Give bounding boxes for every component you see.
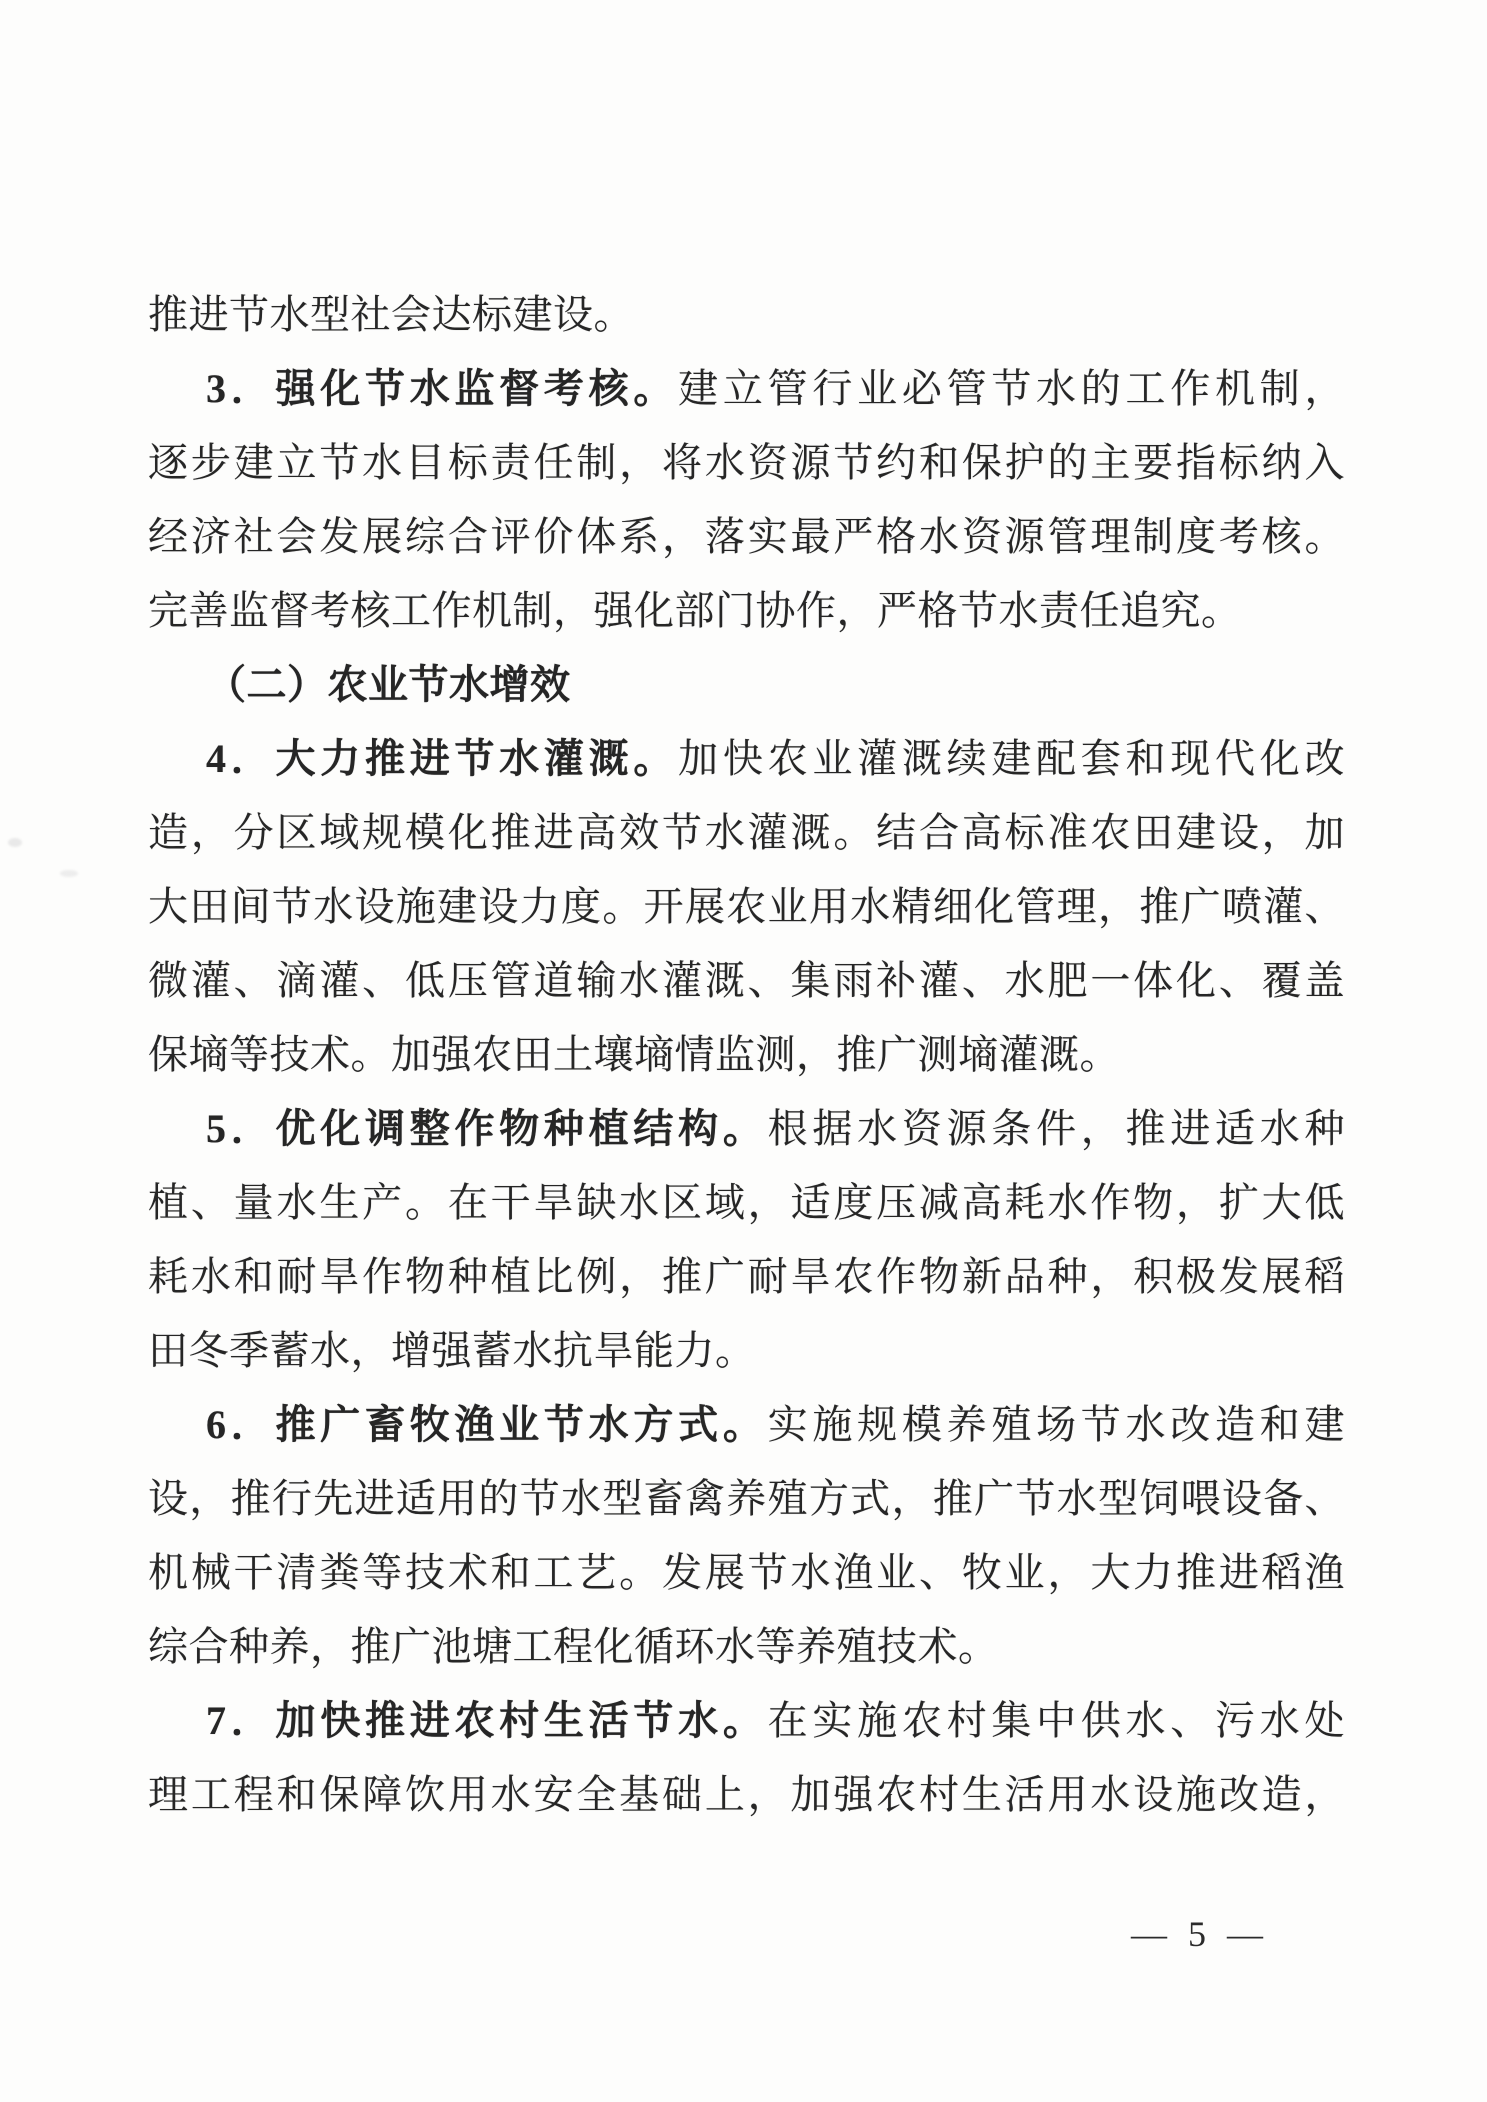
page-number: — 5 — — [1131, 1912, 1269, 1956]
text-segment: 大田间节水设施建设力度。开展农业用水精细化管理，推广喷灌、 — [148, 884, 1345, 929]
text-segment: 逐步建立节水目标责任制，将水资源节约和保护的主要指标纳入 — [148, 440, 1345, 485]
text-line: 耗水和耐旱作物种植比例，推广耐旱农作物新品种，积极发展稻 — [148, 1240, 1345, 1314]
text-segment: 实施规模养殖场节水改造和建 — [768, 1402, 1345, 1447]
text-line: 微灌、滴灌、低压管道输水灌溉、集雨补灌、水肥一体化、覆盖 — [148, 944, 1345, 1018]
paragraph-run-in-heading: （二）农业节水增效 — [206, 662, 571, 707]
paragraph-run-in-heading: 7．加快推进农村生活节水。 — [206, 1698, 768, 1743]
text-line: 综合种养，推广池塘工程化循环水等养殖技术。 — [148, 1610, 1345, 1684]
paragraph-run-in-heading: 4．大力推进节水灌溉。 — [206, 736, 678, 781]
text-line: 经济社会发展综合评价体系，落实最严格水资源管理制度考核。 — [148, 500, 1345, 574]
text-segment: 理工程和保障饮用水安全基础上，加强农村生活用水设施改造， — [148, 1772, 1345, 1817]
text-line: 机械干清粪等技术和工艺。发展节水渔业、牧业，大力推进稻渔 — [148, 1536, 1345, 1610]
document-body: 推进节水型社会达标建设。3．强化节水监督考核。建立管行业必管节水的工作机制，逐步… — [148, 278, 1345, 1832]
text-line: （二）农业节水增效 — [148, 648, 1345, 722]
text-line: 3．强化节水监督考核。建立管行业必管节水的工作机制， — [148, 352, 1345, 426]
text-line: 7．加快推进农村生活节水。在实施农村集中供水、污水处 — [148, 1684, 1345, 1758]
text-segment: 经济社会发展综合评价体系，落实最严格水资源管理制度考核。 — [148, 514, 1345, 559]
text-segment: 完善监督考核工作机制，强化部门协作，严格节水责任追究。 — [148, 588, 1242, 633]
scan-artifact — [60, 870, 78, 877]
text-line: 5．优化调整作物种植结构。根据水资源条件，推进适水种 — [148, 1092, 1345, 1166]
text-line: 植、量水生产。在干旱缺水区域，适度压减高耗水作物，扩大低 — [148, 1166, 1345, 1240]
text-segment: 根据水资源条件，推进适水种 — [768, 1106, 1345, 1151]
text-segment: 植、量水生产。在干旱缺水区域，适度压减高耗水作物，扩大低 — [148, 1180, 1345, 1225]
text-line: 设，推行先进适用的节水型畜禽养殖方式，推广节水型饲喂设备、 — [148, 1462, 1345, 1536]
document-page: 推进节水型社会达标建设。3．强化节水监督考核。建立管行业必管节水的工作机制，逐步… — [0, 0, 1487, 2102]
text-line: 完善监督考核工作机制，强化部门协作，严格节水责任追究。 — [148, 574, 1345, 648]
paragraph-run-in-heading: 6．推广畜牧渔业节水方式。 — [206, 1402, 768, 1447]
text-segment: 机械干清粪等技术和工艺。发展节水渔业、牧业，大力推进稻渔 — [148, 1550, 1345, 1595]
text-segment: 田冬季蓄水，增强蓄水抗旱能力。 — [148, 1328, 756, 1373]
text-segment: 加快农业灌溉续建配套和现代化改 — [678, 736, 1345, 781]
text-line: 保墒等技术。加强农田土壤墒情监测，推广测墒灌溉。 — [148, 1018, 1345, 1092]
text-line: 推进节水型社会达标建设。 — [148, 278, 1345, 352]
scan-artifact — [8, 838, 22, 847]
text-segment: 建立管行业必管节水的工作机制， — [678, 366, 1345, 411]
text-segment: 微灌、滴灌、低压管道输水灌溉、集雨补灌、水肥一体化、覆盖 — [148, 958, 1345, 1003]
text-segment: 保墒等技术。加强农田土壤墒情监测，推广测墒灌溉。 — [148, 1032, 1120, 1077]
text-line: 造，分区域规模化推进高效节水灌溉。结合高标准农田建设，加 — [148, 796, 1345, 870]
paragraph-run-in-heading: 5．优化调整作物种植结构。 — [206, 1106, 768, 1151]
text-segment: 耗水和耐旱作物种植比例，推广耐旱农作物新品种，积极发展稻 — [148, 1254, 1345, 1299]
paragraph-run-in-heading: 3．强化节水监督考核。 — [206, 366, 678, 411]
text-segment: 设，推行先进适用的节水型畜禽养殖方式，推广节水型饲喂设备、 — [148, 1476, 1345, 1521]
text-segment: 推进节水型社会达标建设。 — [148, 292, 634, 337]
text-line: 大田间节水设施建设力度。开展农业用水精细化管理，推广喷灌、 — [148, 870, 1345, 944]
text-line: 4．大力推进节水灌溉。加快农业灌溉续建配套和现代化改 — [148, 722, 1345, 796]
text-line: 田冬季蓄水，增强蓄水抗旱能力。 — [148, 1314, 1345, 1388]
text-line: 理工程和保障饮用水安全基础上，加强农村生活用水设施改造， — [148, 1758, 1345, 1832]
text-line: 6．推广畜牧渔业节水方式。实施规模养殖场节水改造和建 — [148, 1388, 1345, 1462]
text-segment: 在实施农村集中供水、污水处 — [768, 1698, 1345, 1743]
text-line: 逐步建立节水目标责任制，将水资源节约和保护的主要指标纳入 — [148, 426, 1345, 500]
text-segment: 综合种养，推广池塘工程化循环水等养殖技术。 — [148, 1624, 999, 1669]
text-segment: 造，分区域规模化推进高效节水灌溉。结合高标准农田建设，加 — [148, 810, 1345, 855]
